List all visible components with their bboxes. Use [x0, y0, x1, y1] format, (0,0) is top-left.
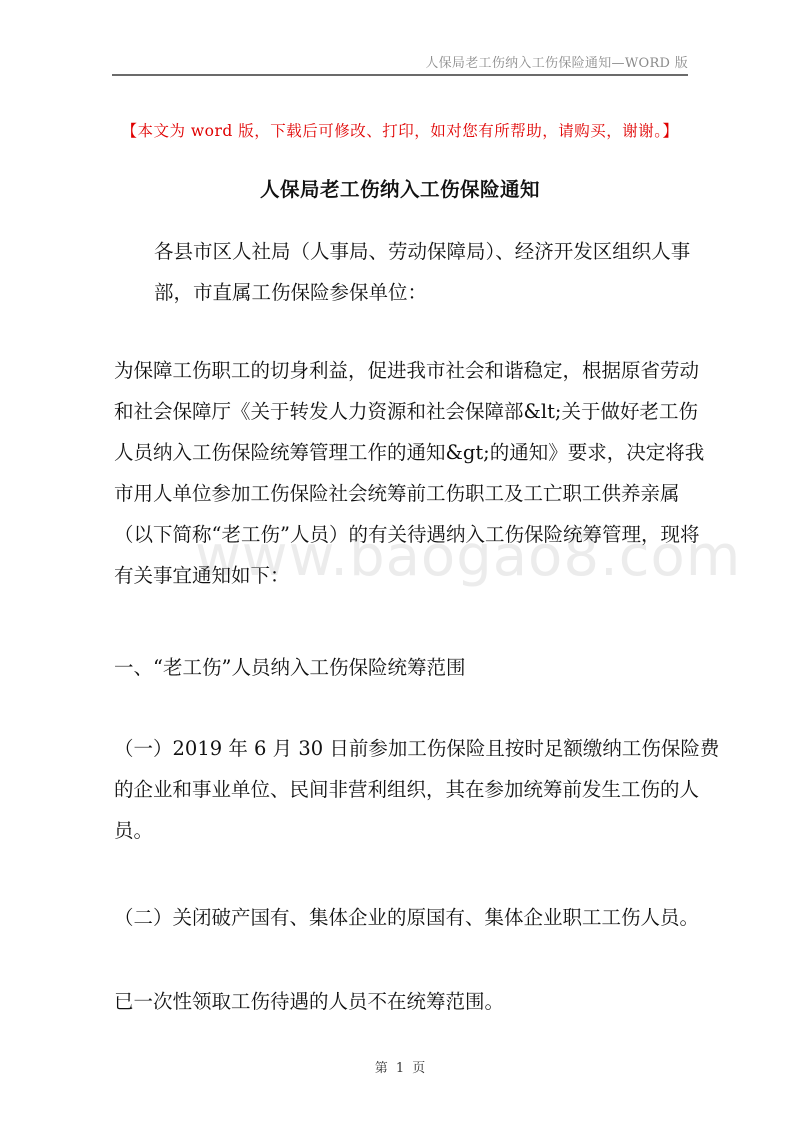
paragraph-item-2: （二）关闭破产国有、集体企业的原国有、集体企业职工工伤人员。	[114, 897, 688, 938]
text-line: （以下简称“老工伤”人员）的有关待遇纳入工伤保险统筹管理，现将	[114, 514, 688, 555]
text-line: 为保障工伤职工的切身利益，促进我市社会和谐稳定，根据原省劳动	[114, 350, 688, 391]
text-line: 人员纳入工伤保险统筹管理工作的通知&gt;的通知》要求，决定将我	[114, 432, 688, 473]
text-line: 员。	[114, 810, 688, 851]
text-line: 的企业和事业单位、民间非营利组织，其在参加统筹前发生工伤的人	[114, 769, 688, 810]
paragraph-intro: 为保障工伤职工的切身利益，促进我市社会和谐稳定，根据原省劳动 和社会保障厅《关于…	[114, 350, 688, 596]
page-number: 第 1 页	[0, 1057, 800, 1076]
running-header: 人保局老工伤纳入工伤保险通知—WORD 版	[425, 52, 688, 71]
text-line: 各县市区人社局（人事局、劳动保障局）、经济开发区组织人事	[114, 231, 688, 272]
text-line: 部，市直属工伤保险参保单位：	[114, 272, 688, 313]
section-heading: 一、“老工伤”人员纳入工伤保险统筹范围	[114, 647, 688, 688]
text-line: 一、“老工伤”人员纳入工伤保险统筹范围	[114, 647, 688, 688]
text-line: 市用人单位参加工伤保险社会统筹前工伤职工及工亡职工供养亲属	[114, 473, 688, 514]
text-line: 已一次性领取工伤待遇的人员不在统筹范围。	[114, 981, 688, 1022]
text-line: 和社会保障厅《关于转发人力资源和社会保障部&lt;关于做好老工伤	[114, 391, 688, 432]
text-line: 有关事宜通知如下：	[114, 555, 688, 596]
paragraph-item-1: （一）2019 年 6 月 30 日前参加工伤保险且按时足额缴纳工伤保险费 的企…	[114, 728, 688, 851]
paragraph-exclusion: 已一次性领取工伤待遇的人员不在统筹范围。	[114, 981, 688, 1022]
document-title: 人保局老工伤纳入工伤保险通知	[0, 174, 800, 202]
paragraph-addressee: 各县市区人社局（人事局、劳动保障局）、经济开发区组织人事 部，市直属工伤保险参保…	[114, 231, 688, 313]
text-line: （二）关闭破产国有、集体企业的原国有、集体企业职工工伤人员。	[114, 897, 688, 938]
header-divider	[112, 74, 688, 76]
document-page: 人保局老工伤纳入工伤保险通知—WORD 版 【本文为 word 版，下载后可修改…	[0, 0, 800, 1132]
purchase-notice: 【本文为 word 版，下载后可修改、打印，如对您有所帮助，请购买，谢谢。】	[0, 119, 800, 141]
text-line: （一）2019 年 6 月 30 日前参加工伤保险且按时足额缴纳工伤保险费	[114, 728, 688, 769]
